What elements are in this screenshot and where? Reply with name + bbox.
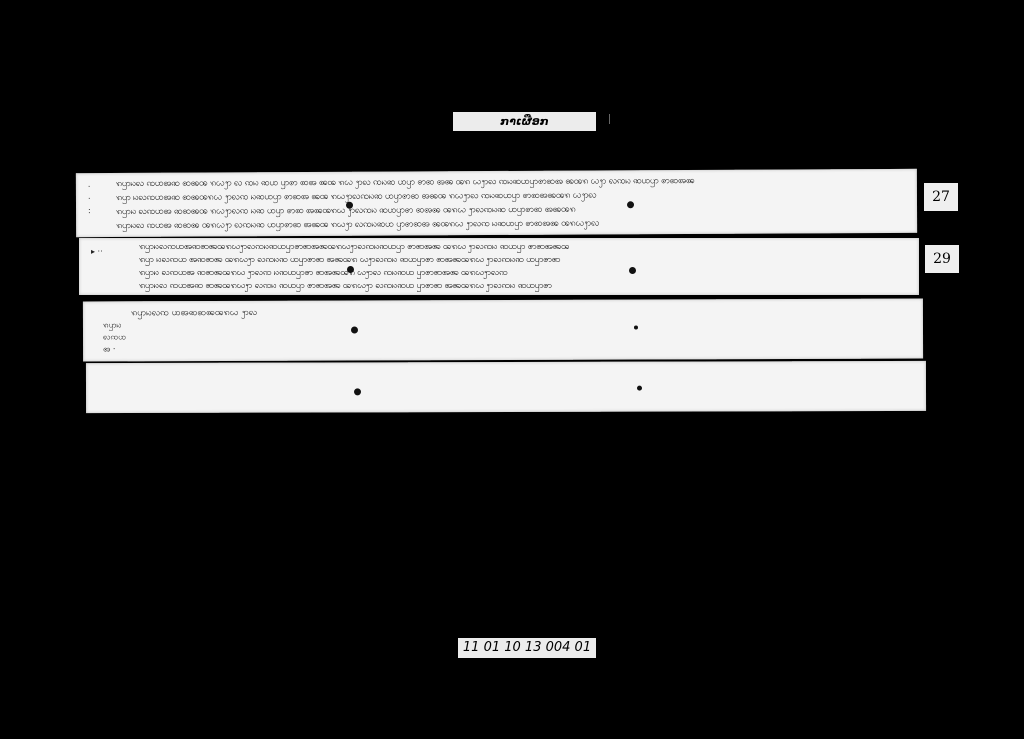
string-hole bbox=[346, 202, 353, 209]
title-label: ກາເຜືອກ bbox=[453, 112, 596, 131]
string-hole bbox=[354, 388, 361, 395]
palm-leaf-page-29: ▸ ·· ꩫꩥꩢꩮꩡꩤꩨꩣꩧꩩꩪꩫꩬꩭꩮꩡꩢꩣꩤꩥꩦꩧꩨꩩꩪꩫꩬꩭꩮꩡꩢꩣꩤꩥ … bbox=[79, 238, 919, 295]
palm-leaf-page-27: ··: ꩫꩥꩢꩮ ꩡꩤꩨꩣ ꩧꩩꩪ ꩫꩬꩭ ꩮ ꩡꩢ ꩣꩤ ꩥꩦ ꩧꩨ ꩩꩪ ꩫ… bbox=[76, 169, 917, 237]
page-number-29: 29 bbox=[925, 245, 959, 273]
margin-marks: ▸ ·· bbox=[91, 246, 103, 258]
side-marks: ꩫꩥꩢ ꩮꩡꩤ ꩨ · bbox=[103, 319, 126, 355]
leaf-heading: ꩫꩥꩢꩮꩡ ꩤꩨꩣꩧꩩꩪꩫꩬ ꩭꩮ bbox=[131, 307, 257, 320]
text-line: ꩫꩥ ꩢꩮꩡꩤ ꩨꩣꩧꩩ ꩪꩫꩬꩭ ꩮꩡꩢꩣ ꩤꩥꩦꩧ ꩨꩩꩪꩫ ꩬꩭꩮꩡꩢ ꩣ… bbox=[139, 254, 911, 267]
palm-leaf-blank bbox=[86, 361, 926, 413]
string-hole bbox=[629, 267, 636, 274]
identifier-label: 11 01 10 13 004 01 bbox=[458, 638, 596, 658]
text-line: ꩫꩥꩢꩮ ꩡꩤꩨ ꩣꩧꩩ ꩪꩫꩬꩭ ꩮꩡꩢꩣ ꩤꩥꩦꩧ ꩨꩩꩪ ꩫꩬꩭ ꩮꩡꩢꩣ… bbox=[116, 215, 909, 233]
palm-leaf-cover: ꩫꩥꩢꩮꩡ ꩤꩨꩣꩧꩩꩪꩫꩬ ꩭꩮ ꩫꩥꩢ ꩮꩡꩤ ꩨ · bbox=[83, 299, 923, 362]
leaf-text: ꩫꩥꩢꩮ ꩡꩤꩨꩣ ꩧꩩꩪ ꩫꩬꩭ ꩮ ꩡꩢ ꩣꩤ ꩥꩦ ꩧꩨ ꩩꩪ ꩫꩬ ꩭꩮ… bbox=[116, 173, 909, 233]
string-hole bbox=[347, 266, 354, 273]
text-line: ꩫꩥꩢꩮ ꩡꩤꩨꩣ ꩧꩩꩪꩫꩬꩭ ꩮꩡꩢ ꩣꩤꩥ ꩦꩧꩨꩩ ꩪꩫꩬꩭ ꩮꩡꩢꩣꩤ… bbox=[139, 280, 911, 293]
string-hole bbox=[627, 201, 634, 208]
scan-mark bbox=[609, 114, 610, 124]
string-hole bbox=[637, 386, 642, 391]
text-line: ꩫꩥꩢꩮꩡꩤꩨꩣꩧꩩꩪꩫꩬꩭꩮꩡꩢꩣꩤꩥꩦꩧꩨꩩꩪꩫꩬꩭꩮꩡꩢꩣꩤꩥ ꩦꩧꩨꩩ … bbox=[139, 241, 911, 254]
string-hole bbox=[634, 326, 638, 330]
string-hole bbox=[351, 327, 358, 334]
page-number-27: 27 bbox=[924, 183, 958, 211]
leaf-text: ꩫꩥꩢꩮꩡꩤꩨꩣꩧꩩꩪꩫꩬꩭꩮꩡꩢꩣꩤꩥꩦꩧꩨꩩꩪꩫꩬꩭꩮꩡꩢꩣꩤꩥ ꩦꩧꩨꩩ … bbox=[139, 241, 911, 293]
text-line: ꩫꩥꩢ ꩮꩡꩤꩨ ꩣꩧꩩꩪꩫꩬ ꩭꩮꩡ ꩢꩣꩤꩥꩦ ꩧꩨꩩꩪꩫ ꩬꩭꩮ ꩡꩢꩣꩤ… bbox=[139, 267, 911, 280]
margin-marks: ··: bbox=[88, 181, 91, 217]
